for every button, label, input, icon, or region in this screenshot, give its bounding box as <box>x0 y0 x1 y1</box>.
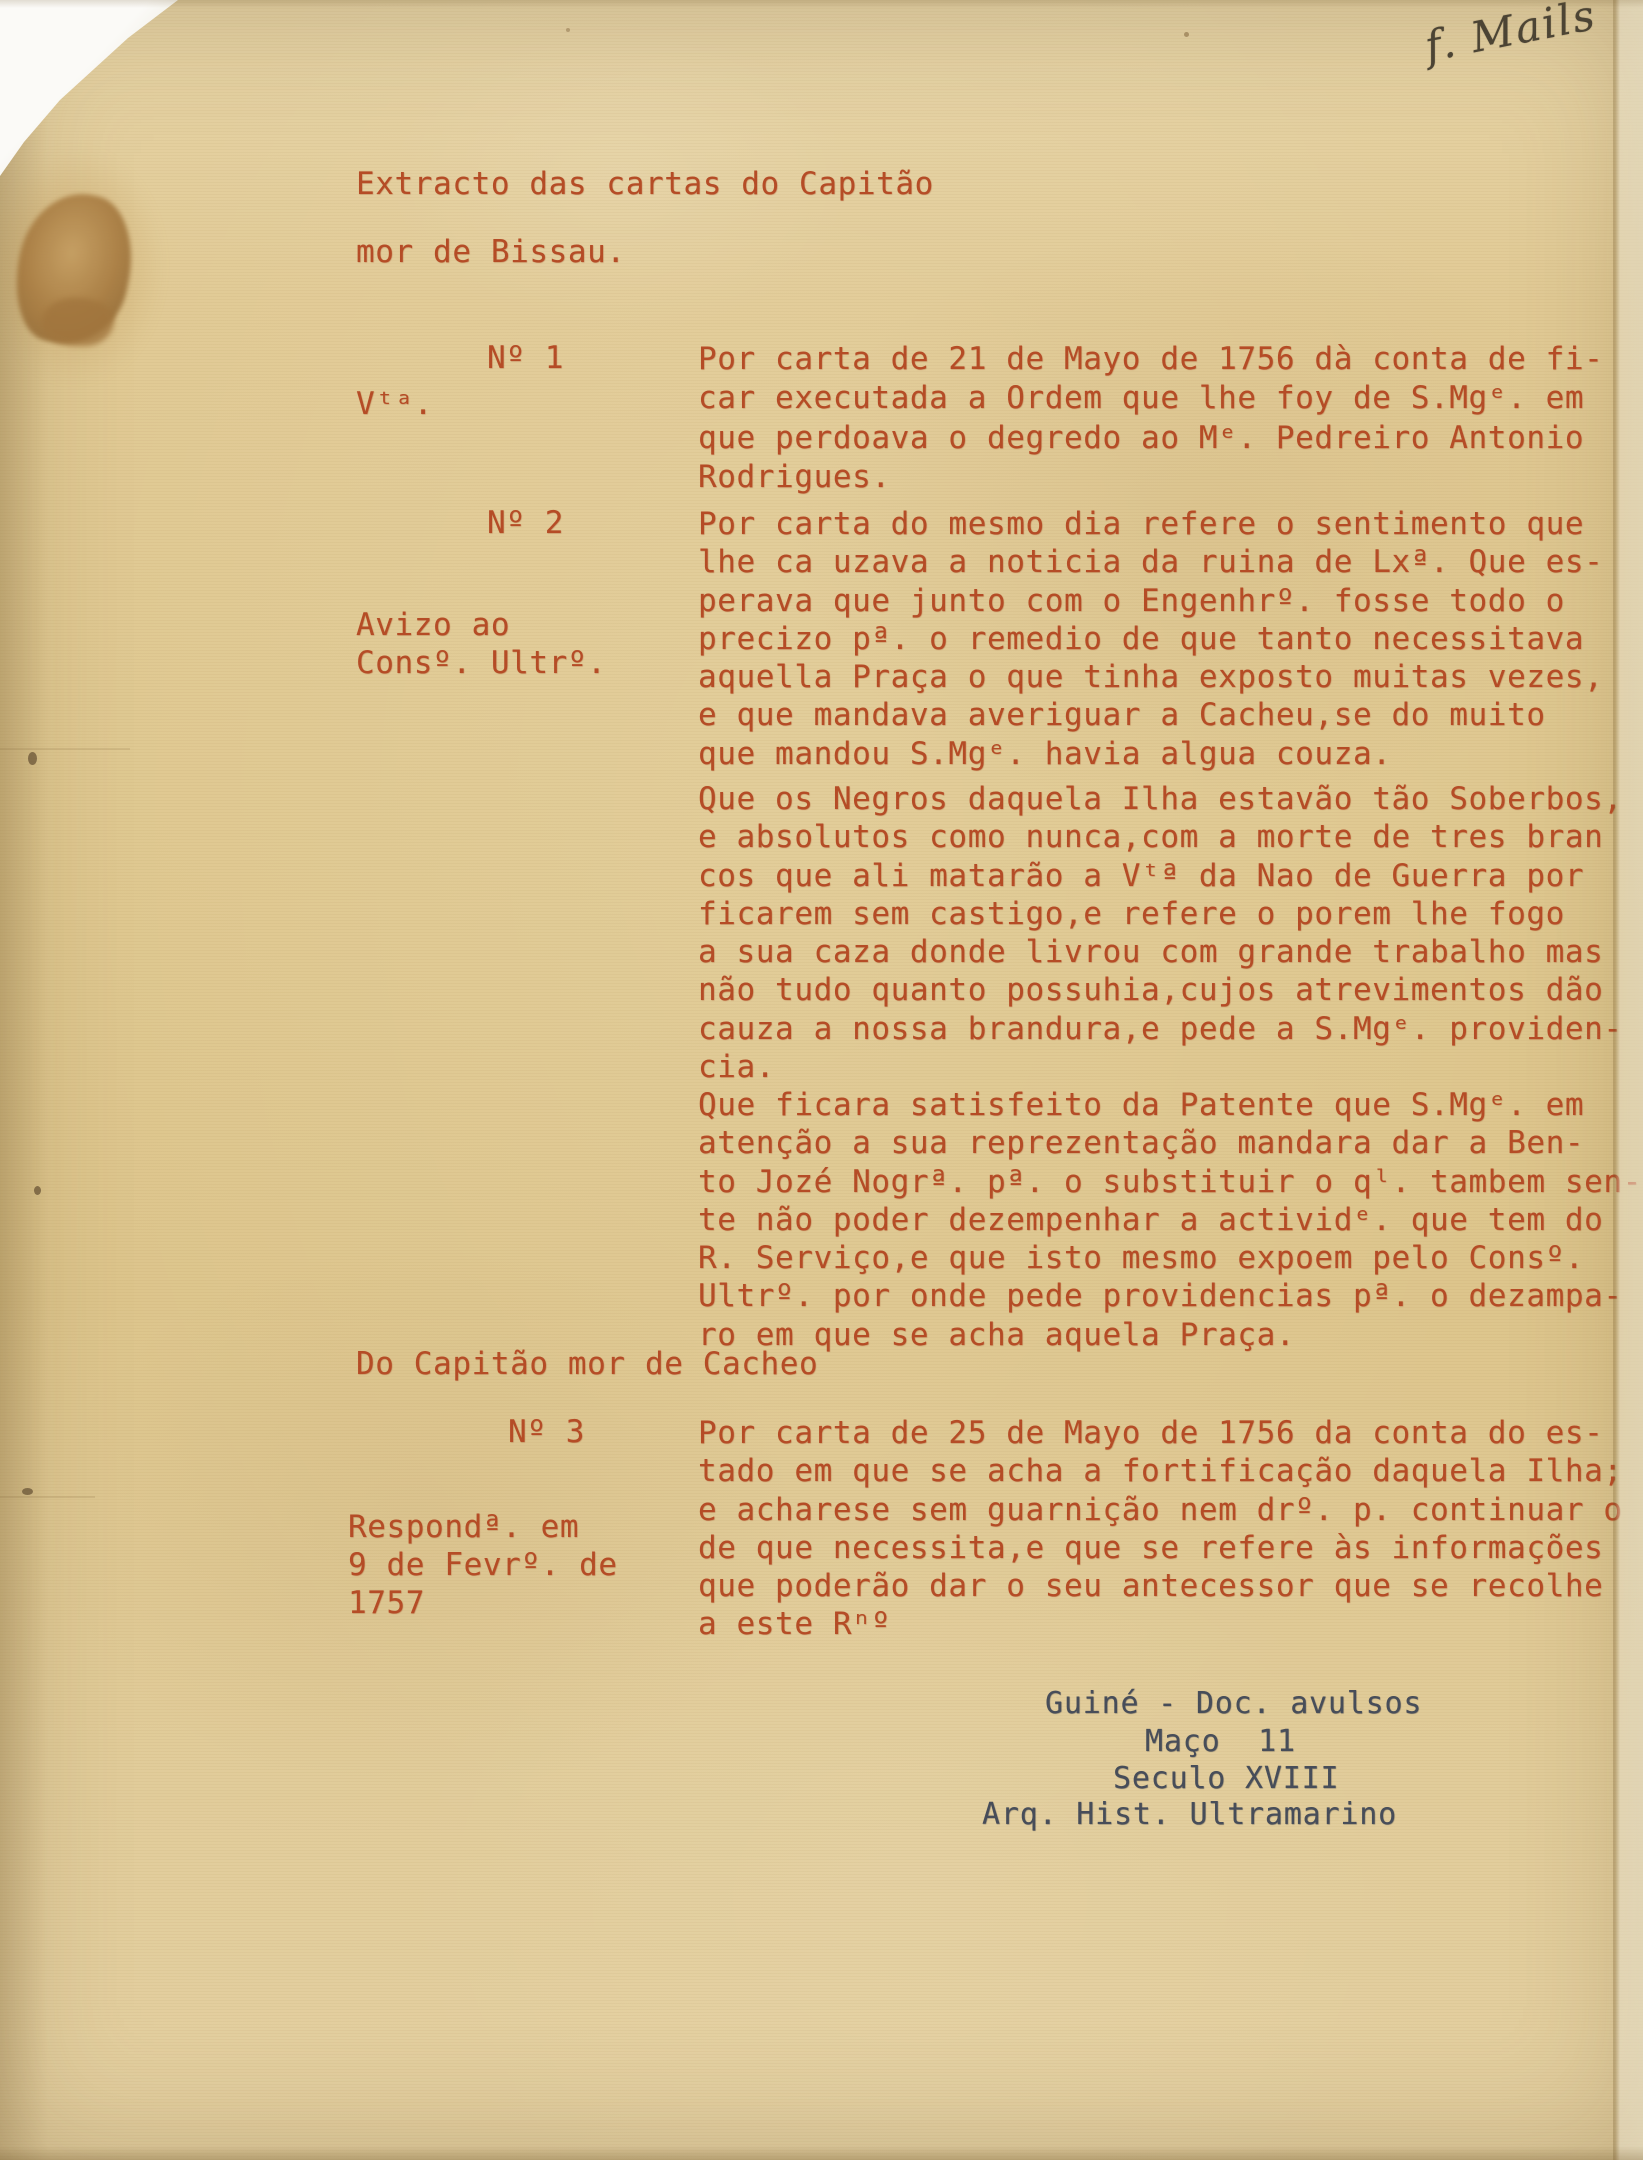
page-edge-top <box>0 0 1643 8</box>
entry-1-margin-note: Vᵗᵃ. <box>356 386 433 422</box>
text-line: lhe ca uzava a noticia da ruina de Lxª. … <box>698 543 1603 581</box>
text-line: e absolutos como nunca,com a morte de tr… <box>698 818 1623 856</box>
text-line: ficarem sem castigo,e refere o porem lhe… <box>698 895 1623 933</box>
text-line: to Jozé Nogrª. pª. o substituir o qˡ. ta… <box>698 1163 1642 1201</box>
fold-crease <box>0 1496 95 1498</box>
document-title-line-1: Extracto das cartas do Capitão <box>356 166 934 202</box>
text-line: Por carta do mesmo dia refere o sentimen… <box>698 505 1603 543</box>
page-edge-bottom <box>0 2146 1643 2160</box>
text-line: e que mandava averiguar a Cacheu,se do m… <box>698 696 1603 734</box>
scanned-document-page: f. Mails Extracto das cartas do Capitão … <box>0 0 1643 2160</box>
archive-footer-line-1: Guiné - Doc. avulsos <box>1045 1686 1422 1721</box>
text-line: atenção a sua reprezentação mandara dar … <box>698 1124 1642 1162</box>
entry-2-number: Nº 2 <box>487 505 564 541</box>
entry-2-paragraph-2: Que os Negros daquela Ilha estavão tão S… <box>698 780 1623 1086</box>
entry-2-paragraph-3: Que ficara satisfeito da Patente que S.M… <box>698 1086 1642 1354</box>
paper-speck <box>1184 32 1189 37</box>
entry-1-number: Nº 1 <box>487 340 564 376</box>
text-line: aquella Praça o que tinha exposto muitas… <box>698 658 1603 696</box>
archive-footer-line-3: Seculo XVIII <box>1113 1761 1339 1796</box>
text-line: perava que junto com o Engenhrº. fosse t… <box>698 582 1603 620</box>
text-line: Ultrº. por onde pede providencias pª. o … <box>698 1277 1642 1315</box>
text-line: de que necessita,e que se refere às info… <box>698 1529 1623 1567</box>
text-line: que perdoava o degredo ao Mᵉ. Pedreiro A… <box>698 419 1603 458</box>
ink-speck <box>28 752 37 765</box>
text-line: e acharese sem guarnição nem drº. p. con… <box>698 1491 1623 1529</box>
text-line: a sua caza donde livrou com grande traba… <box>698 933 1623 971</box>
entry-3-number: Nº 3 <box>508 1414 585 1450</box>
entry-3-paragraph: Por carta de 25 de Mayo de 1756 da conta… <box>698 1414 1623 1644</box>
entry-2-paragraph-1: Por carta do mesmo dia refere o sentimen… <box>698 505 1603 773</box>
text-line: cia. <box>698 1048 1623 1086</box>
text-line: ro em que se acha aquela Praça. <box>698 1316 1642 1354</box>
text-line: Que ficara satisfeito da Patente que S.M… <box>698 1086 1642 1124</box>
text-line: Por carta de 21 de Mayo de 1756 dà conta… <box>698 340 1603 379</box>
ink-speck <box>22 1488 33 1495</box>
text-line: precizo pª. o remedio de que tanto neces… <box>698 620 1603 658</box>
text-line: Rodrigues. <box>698 458 1603 497</box>
text-line: que mandou S.Mgᵉ. havia algua couza. <box>698 735 1603 773</box>
margin-line: Avizo ao <box>356 606 606 644</box>
entry-2-margin-note: Avizo ao Consº. Ultrº. <box>356 606 606 682</box>
ink-speck <box>34 1186 41 1195</box>
paper-speck <box>566 28 570 32</box>
text-line: a este Rⁿº <box>698 1605 1623 1643</box>
section-heading: Do Capitão mor de Cacheo <box>356 1346 818 1382</box>
text-line: tado em que se acha a fortificação daque… <box>698 1452 1623 1490</box>
archive-footer-line-2: Maço 11 <box>1145 1724 1296 1759</box>
text-line: R. Serviço,e que isto mesmo expoem pelo … <box>698 1239 1642 1277</box>
page-edge-right <box>1613 0 1643 2160</box>
text-line: que poderão dar o seu antecessor que se … <box>698 1567 1623 1605</box>
text-line: não tudo quanto possuhia,cujos atrevimen… <box>698 971 1623 1009</box>
handwritten-signature: f. Mails <box>1421 0 1600 71</box>
text-line: cauza a nossa brandura,e pede a S.Mgᵉ. p… <box>698 1010 1623 1048</box>
text-line: cos que ali matarão a Vᵗª da Nao de Guer… <box>698 857 1623 895</box>
fold-crease <box>0 748 130 750</box>
text-line: Que os Negros daquela Ilha estavão tão S… <box>698 780 1623 818</box>
margin-line: Respondª. em <box>348 1508 618 1546</box>
text-line: Por carta de 25 de Mayo de 1756 da conta… <box>698 1414 1623 1452</box>
margin-line: 1757 <box>348 1584 618 1622</box>
text-line: car executada a Ordem que lhe foy de S.M… <box>698 379 1603 418</box>
entry-1-paragraph: Por carta de 21 de Mayo de 1756 dà conta… <box>698 340 1603 497</box>
margin-line: 9 de Fevrº. de <box>348 1546 618 1584</box>
margin-line: Consº. Ultrº. <box>356 644 606 682</box>
entry-3-margin-note: Respondª. em 9 de Fevrº. de 1757 <box>348 1508 618 1622</box>
text-line: te não poder dezempenhar a actividᵉ. que… <box>698 1201 1642 1239</box>
document-title-line-2: mor de Bissau. <box>356 234 626 270</box>
archive-footer-line-4: Arq. Hist. Ultramarino <box>982 1797 1397 1832</box>
brown-stain-small <box>42 298 114 346</box>
